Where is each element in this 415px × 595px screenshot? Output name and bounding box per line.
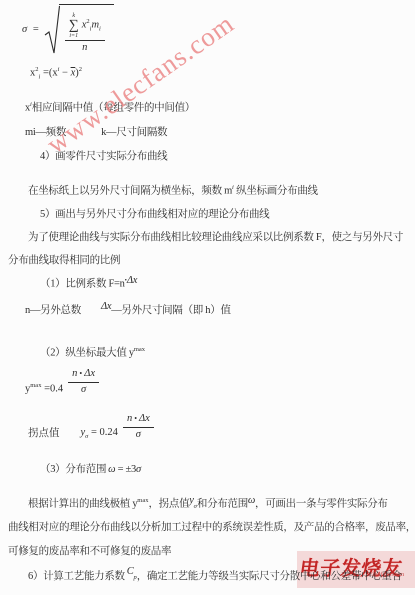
fraction-numerator: n•Δx — [68, 368, 99, 383]
var-n: n — [72, 368, 77, 381]
equals-value: = ±3 — [115, 464, 136, 475]
line-text: （3）分布范围 — [40, 464, 106, 475]
multiply-dot: • — [79, 369, 82, 379]
max-superscript: max — [134, 346, 145, 353]
document-page: www.elecfans.com σ = k ∑ i=1 — [0, 0, 415, 595]
n-definition: n—另外总数 — [25, 305, 81, 316]
equals-open-paren: =( — [40, 68, 52, 79]
formula-inflection-lhs: yσ = 0.24 — [81, 427, 118, 440]
delta-x: Δx — [101, 301, 111, 312]
line-text: 6）计算工艺能力系数 — [28, 571, 125, 582]
formula-sigma: σ = k ∑ i=1 x2imi — [22, 4, 114, 55]
var-m: m — [91, 20, 99, 31]
dx-definition: —另外尺寸间隔（即 h）值 — [111, 305, 230, 316]
fraction-numerator: n•Δx — [123, 413, 154, 428]
sqrt-symbol — [44, 5, 60, 55]
exponent-2: 2 — [79, 66, 82, 73]
text-line-summary-2: 曲线相对应的理论分布曲线以分析加工过程中的系统误差性质，及产品的合格率，废品率， — [8, 521, 415, 534]
sigma-subscript: σ — [85, 433, 88, 440]
text-line-ordinate-max: （2）纵坐标最大值 ymax — [40, 346, 145, 360]
text-line-n-dx-definitions: n—另外总数Δx—另外尺寸间隔（即 h）值 — [25, 304, 231, 317]
line-text: ，确定工艺能力等级当实际尺寸分散中心和公差带中心重合 — [137, 571, 402, 582]
line-text: 在坐标纸上以另外尺寸间隔为横坐标，频数 m — [28, 186, 232, 197]
sigma-symbol: σ — [22, 24, 27, 35]
equals-value: =0.4 — [41, 383, 63, 394]
max-superscript: max — [30, 382, 41, 389]
line-text: 根据计算出的曲线极植 y — [28, 499, 137, 510]
exponent-2: 2 — [35, 66, 38, 73]
formula-x-squared: x2i =(xi − x)2 — [30, 66, 82, 82]
text-line-distribution-range: （3）分布范围ω = ±3σ — [40, 463, 141, 476]
equals-value: = 0.24 — [91, 427, 118, 438]
fraction-denominator: n — [82, 41, 87, 55]
text-line-summary-3: 可修复的废品率和不可修复的废品率 — [8, 545, 171, 558]
delta-x: Δx — [127, 275, 137, 286]
exponent-2: 2 — [86, 18, 89, 25]
delta-x: Δx — [84, 368, 95, 381]
text-line-ratio-factor: （1）比例系数 F=n•Δx — [40, 277, 137, 291]
line-text: （2）纵坐标最大值 y — [40, 348, 134, 359]
text-line-step6: 6）计算工艺能力系数Cp，确定工艺能力等级当实际尺寸分散中心和公差带中心重合 — [28, 570, 402, 585]
formula-ymax-lhs: ymax =0.4 — [25, 382, 63, 395]
fraction: n•Δx σ — [123, 413, 154, 441]
sum-sigma-glyph: ∑ — [69, 19, 79, 33]
formula-sigma-lhs: σ = — [22, 24, 39, 35]
sigma-subscript: σ — [194, 503, 197, 510]
delta-x: Δx — [139, 413, 150, 426]
line-text: 纵坐标画分布曲线 — [234, 186, 318, 197]
fraction-denominator: σ — [136, 428, 141, 442]
text-line-ratio-paragraph-2: 分布曲线取得相同的比例 — [8, 254, 120, 267]
multiply-dot: • — [134, 414, 137, 424]
formula-y-max: ymax =0.4 n•Δx σ — [25, 368, 99, 396]
radicand: k ∑ i=1 x2imi n — [59, 4, 114, 55]
text-line-ratio-paragraph-1: 为了使理论曲线与实际分布曲线相比较理论曲线应采以比例系数 F，使之与另外尺寸 — [28, 231, 403, 244]
numerator-term: x2imi — [82, 18, 101, 33]
p-subscript: p — [133, 574, 136, 581]
fraction-denominator: σ — [81, 383, 86, 397]
text-line-step5: 5）画出与另外尺寸分布曲线相对应的理论分布曲线 — [40, 208, 269, 221]
sigma-symbol: σ — [136, 464, 141, 475]
fraction-numerator: k ∑ i=1 x2imi — [65, 13, 105, 41]
minus-sign: − — [59, 68, 70, 79]
fraction: n•Δx σ — [68, 368, 99, 396]
radical-group: k ∑ i=1 x2imi n — [44, 4, 114, 55]
inflection-label: 拐点值 — [28, 425, 60, 440]
k-definition: k—尺寸间隔数 — [101, 127, 167, 138]
equals-sign: = — [33, 24, 39, 35]
line-text: ，可画出一条与零件实际分布 — [255, 499, 388, 510]
fraction: k ∑ i=1 x2imi n — [65, 13, 105, 55]
line-text: ，拐点值 — [148, 499, 189, 510]
line-text: 和分布范围 — [197, 499, 248, 510]
formula-inflection: 拐点值 yσ = 0.24 n•Δx σ — [28, 413, 154, 441]
omega-symbol: ω — [248, 495, 255, 506]
index-i: i — [99, 26, 101, 33]
var-n: n — [127, 413, 132, 426]
sum-lower-limit: i=1 — [69, 33, 78, 39]
summation-symbol: k ∑ i=1 — [69, 13, 79, 39]
text-line-coordinate-paper: 在坐标纸上以另外尺寸间隔为横坐标，频数 mi 纵坐标画分布曲线 — [28, 184, 318, 198]
text-line-summary-1: 根据计算出的曲线极植 ymax，拐点值yσ和分布范围ω，可画出一条与零件实际分布 — [28, 497, 388, 513]
line-text: （1）比例系数 F=n — [40, 279, 125, 290]
max-superscript: max — [137, 497, 148, 504]
